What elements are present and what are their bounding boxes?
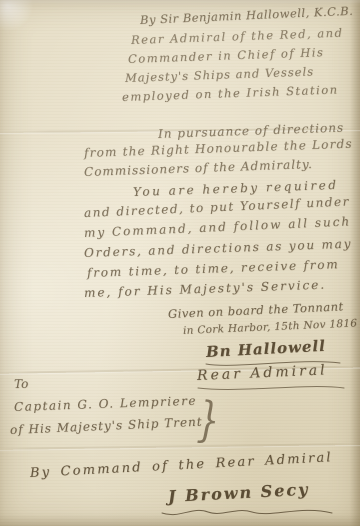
heading-line: By Sir Benjamin Hallowell, K.C.B. (140, 4, 354, 27)
secretary-signature: J Brown Secy (168, 480, 310, 506)
body-line: from time, to time, receive from (87, 257, 340, 280)
heading-line: employed on the Irish Station (122, 82, 339, 104)
body-line: me, for His Majesty's Service. (84, 278, 327, 300)
address-recipient: Captain G. O. Lempriere (14, 394, 197, 414)
heading-line: Majesty's Ships and Vessels (125, 64, 315, 85)
heading-line: Rear Admiral of the Red, and (131, 26, 344, 47)
heading-line: Commander in Chief of His (128, 45, 325, 66)
address-ship: of His Majesty's Ship Trent (10, 415, 203, 437)
dateline-date: in Cork Harbor, 15th Nov 1816 (183, 317, 358, 337)
fold-crease (0, 443, 360, 450)
closing-command-line: By Command of the Rear Admiral (30, 450, 333, 481)
address-brace: } (196, 391, 221, 449)
secretary-flourish (160, 504, 335, 520)
dateline-place: Given on board the Tonnant (168, 299, 344, 321)
pursuance-line: Commissioners of the Admiralty. (84, 157, 313, 179)
address-to: To (14, 377, 29, 391)
letter-scan: By Sir Benjamin Hallowell, K.C.B. Rear A… (0, 0, 360, 526)
body-line: Orders, and directions as you may (84, 237, 353, 260)
admiral-rank: Rear Admiral (197, 362, 328, 384)
admiral-signature: Bn Hallowell (206, 337, 327, 361)
